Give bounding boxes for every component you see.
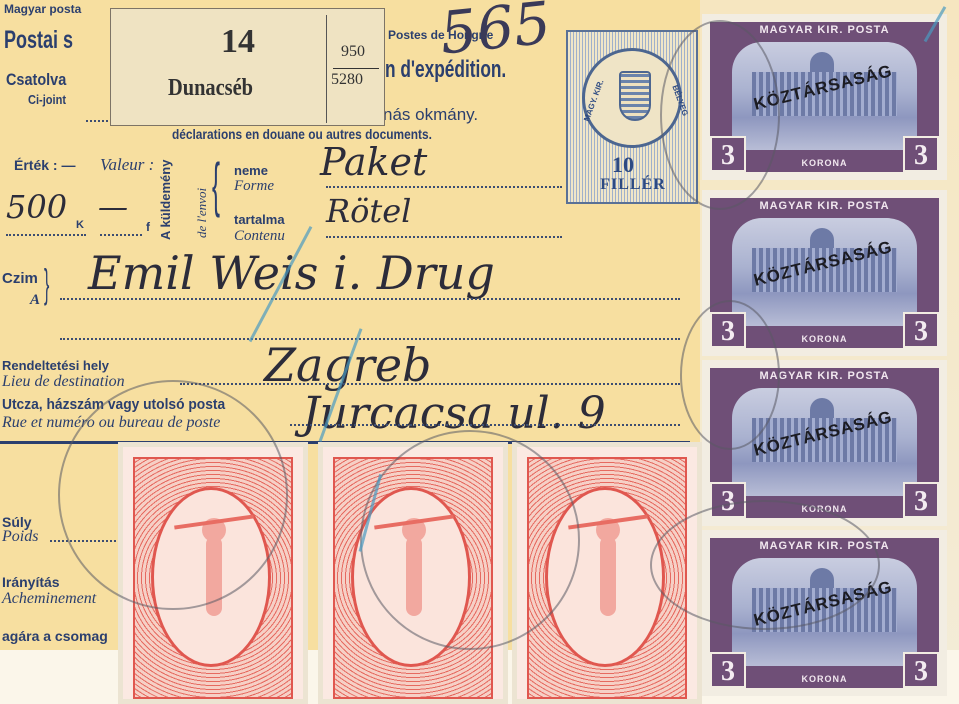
- shipment-brace: {: [212, 150, 220, 219]
- form-dotline: [326, 186, 562, 188]
- address-value: Emil Weis i. Drug: [88, 246, 495, 300]
- form-label-fr: Forme: [234, 178, 274, 195]
- coat-of-arms-icon: [619, 71, 651, 121]
- contents-value: Rötel: [326, 192, 411, 230]
- destination-dotline: [180, 383, 680, 385]
- value-label-hu: Érték : —: [14, 157, 75, 173]
- postmark-bottom-right: [650, 500, 880, 630]
- parcel-office: Dunacséb: [168, 75, 253, 102]
- contents-dotline: [326, 236, 562, 238]
- postmark-top-right: [660, 20, 780, 210]
- chainbreaker-figure-icon: [600, 536, 616, 616]
- parcel-number: 14: [221, 23, 255, 61]
- fraction-bottom: 5280: [331, 71, 363, 89]
- form-value: Paket: [320, 140, 427, 184]
- shipment-label-hu: A küldemény: [158, 160, 173, 240]
- fraction-line: [333, 68, 379, 69]
- stamp-value-right: 3: [903, 136, 939, 172]
- destination-label-hu: Rendeltetési hely: [2, 358, 109, 373]
- contents-label-fr: Contenu: [234, 228, 285, 245]
- value-amount: 500: [6, 188, 67, 226]
- postmark-left: [58, 380, 288, 610]
- weight-label-fr: Poids: [2, 528, 38, 546]
- attached-fr-label: Ci-joint: [28, 92, 66, 107]
- parcel-card: Magyar posta Postai s Csatolva Ci-joint …: [0, 0, 959, 704]
- stamp-currency: FILLÉR: [578, 176, 688, 194]
- stamp-value-right: 3: [903, 652, 939, 688]
- parcel-label: 14 Dunacséb 950 5280: [110, 8, 385, 126]
- handwritten-number: 565: [437, 0, 554, 68]
- stamp-value-right: 3: [903, 312, 939, 348]
- postmark-mid-right: [680, 300, 780, 450]
- stamp-value-left: 3: [710, 652, 746, 688]
- parcel-note-hu: agára a csomag: [2, 628, 108, 644]
- value-label-fr: Valeur :: [100, 155, 154, 175]
- shipment-label-fr: de l'envoi: [194, 188, 210, 238]
- attached-hu-suffix: nás okmány.: [383, 105, 478, 125]
- value-f: f: [146, 220, 150, 234]
- postmark-center: [360, 430, 580, 650]
- routing-label-hu: Irányítás: [2, 574, 60, 590]
- label-divider: [326, 15, 327, 123]
- street-dotline: [290, 424, 680, 426]
- address-brace: }: [44, 262, 49, 307]
- address-label-fr: A: [30, 292, 40, 309]
- fraction-top: 950: [341, 43, 365, 61]
- issuer-hu: Magyar posta: [4, 2, 81, 16]
- contents-label-hu: tartalma: [234, 212, 285, 227]
- destination-label-fr: Lieu de destination: [2, 373, 125, 391]
- stamp-value: 10: [612, 152, 634, 178]
- address-dotline-1: [60, 298, 680, 300]
- form-label-hu: neme: [234, 163, 268, 178]
- address-label-hu: Czim: [2, 270, 38, 287]
- title-left: Postai s: [4, 26, 73, 55]
- attached-hu-label: Csatolva: [6, 70, 66, 90]
- value-dash: —: [98, 190, 128, 225]
- routing-label-fr: Acheminement: [2, 590, 96, 608]
- value-dotline-k: [6, 234, 86, 236]
- value-k: K: [76, 219, 84, 231]
- value-dotline-f: [100, 234, 142, 236]
- stamp-value-right: 3: [903, 482, 939, 518]
